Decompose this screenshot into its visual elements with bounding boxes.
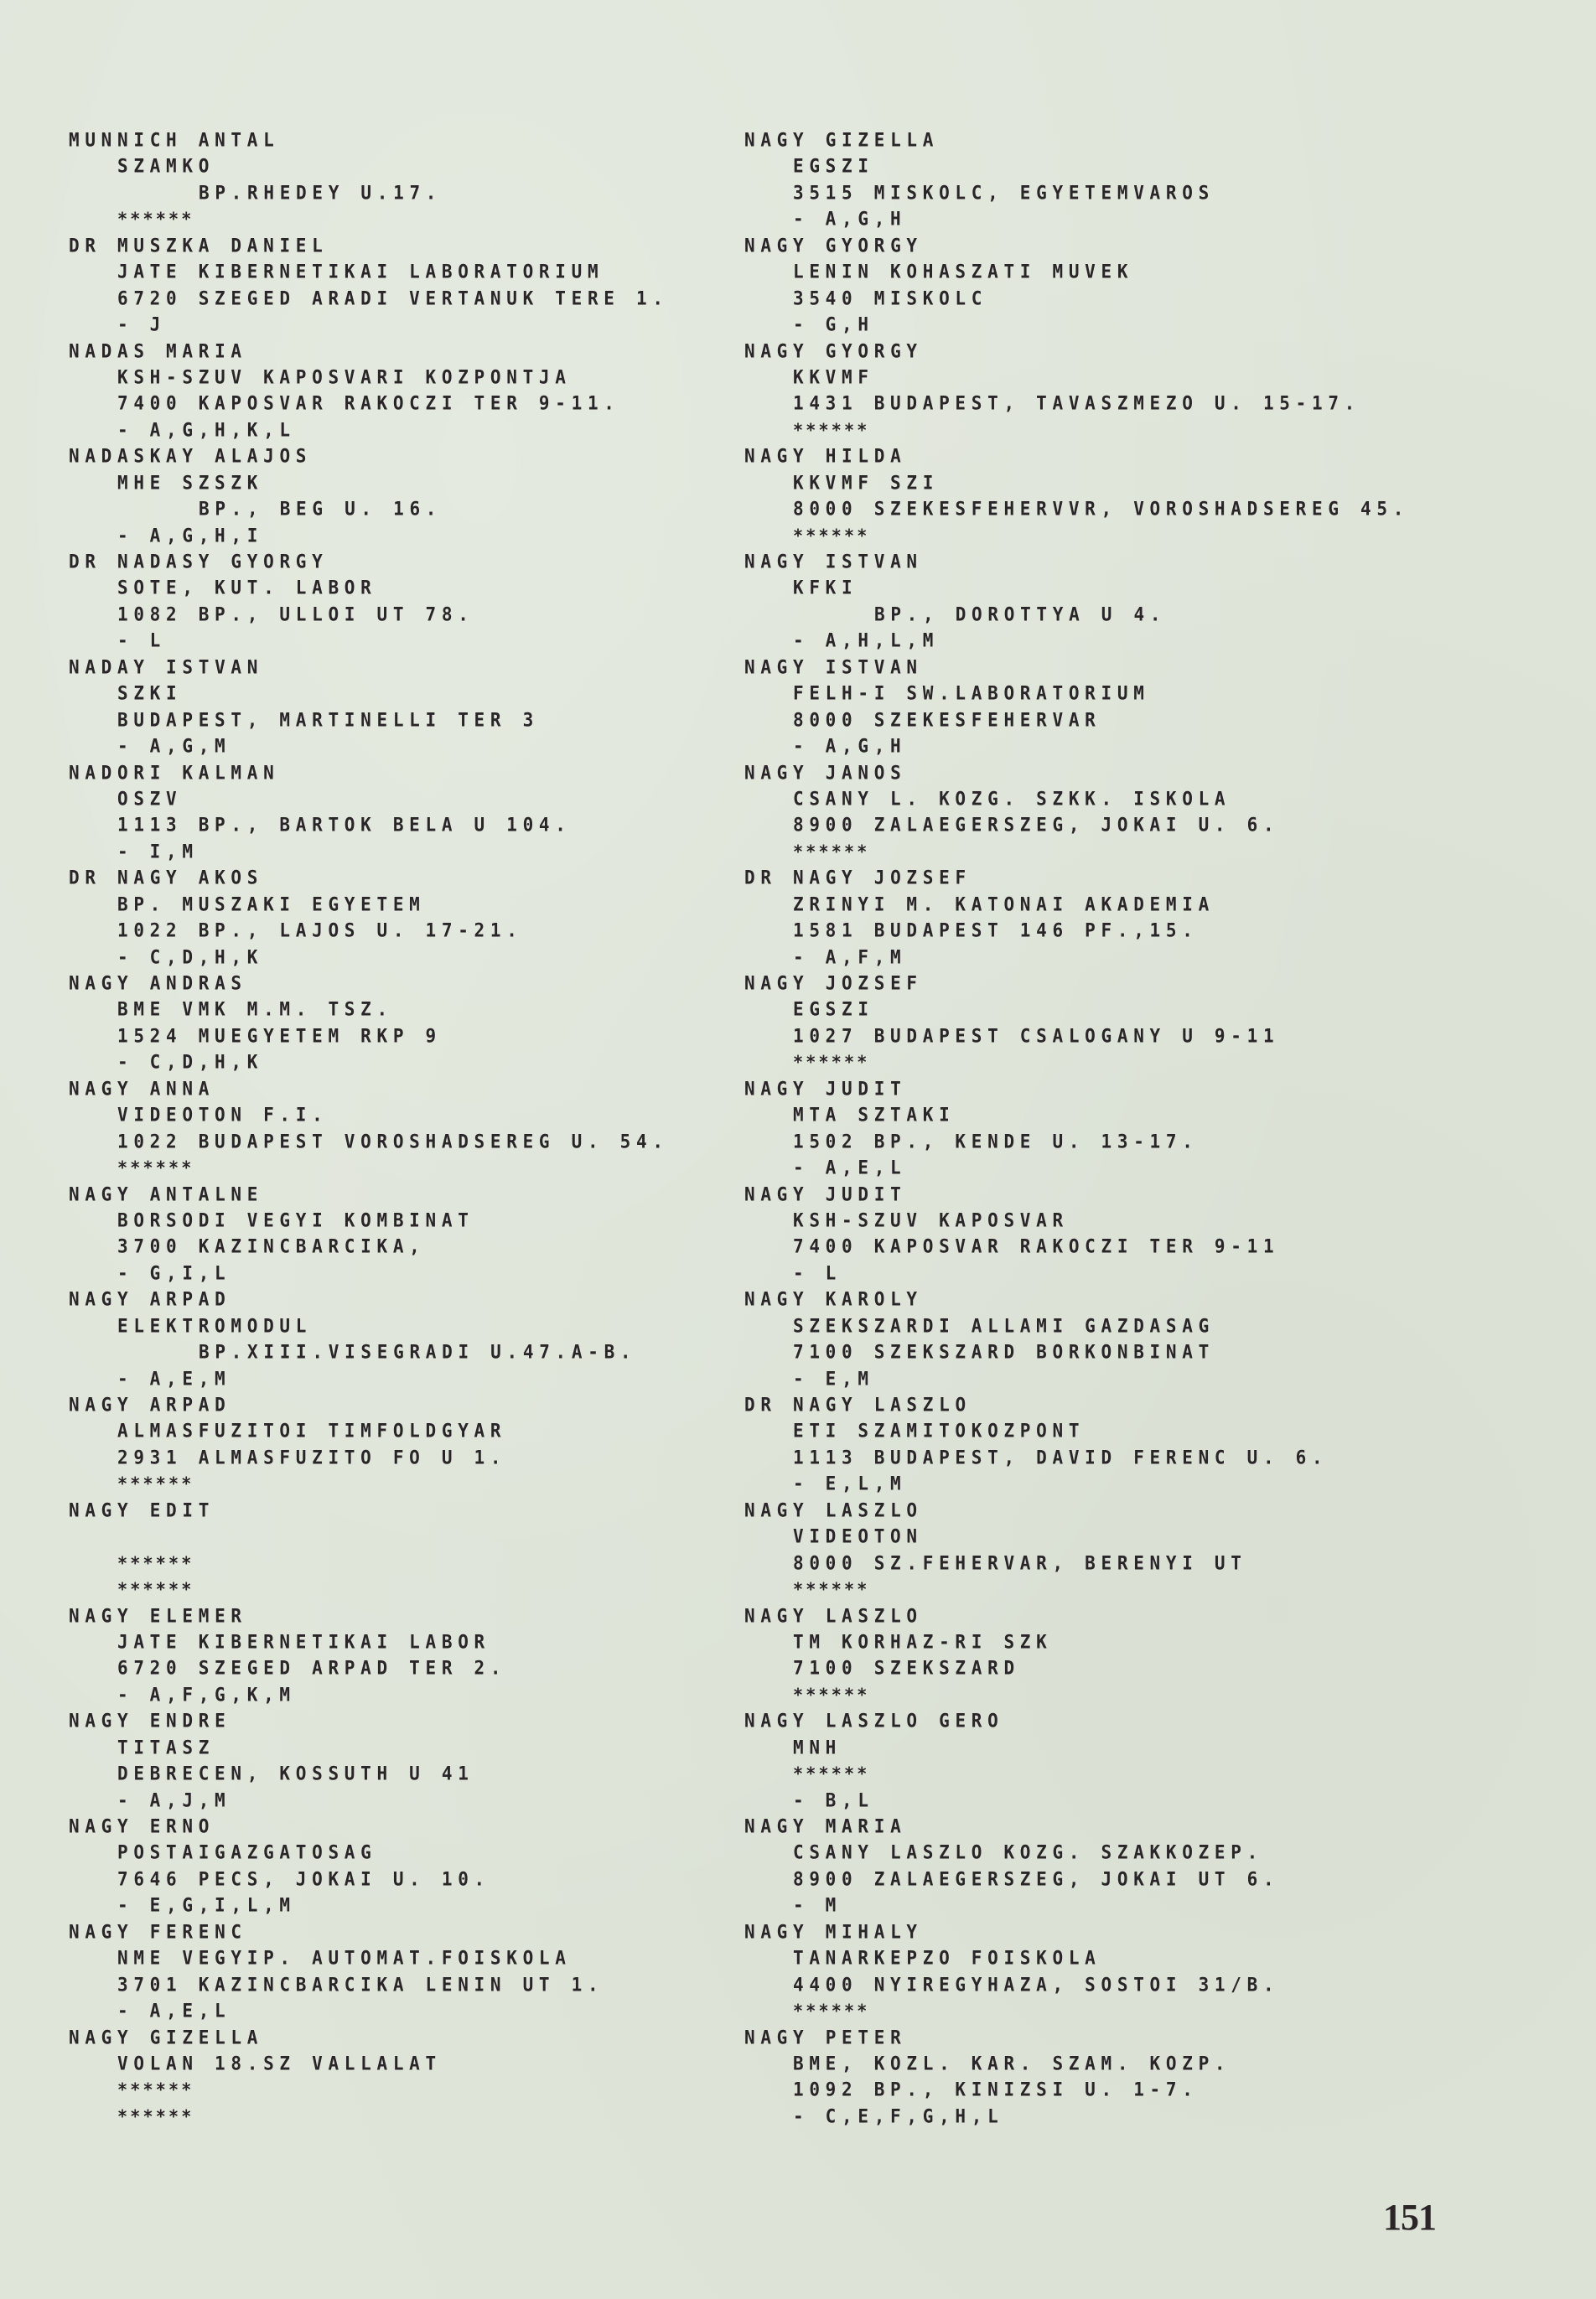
entry-codes: - A,G,H,I — [69, 522, 669, 550]
entry-name: NAGY ANDRAS — [69, 970, 669, 997]
entry-detail: MTA SZTAKI — [744, 1101, 1409, 1129]
entry-name: DR NAGY AKOS — [69, 864, 669, 892]
entry-codes: - G,I,L — [69, 1260, 669, 1287]
entry-codes: - A,G,H — [744, 733, 1409, 760]
entry-detail: 1022 BP., LAJOS U. 17-21. — [69, 917, 669, 945]
entry-codes: - E,L,M — [744, 1471, 1409, 1499]
entry-detail: POSTAIGAZGATOSAG — [69, 1840, 669, 1867]
entry-detail: 3540 MISKOLC — [744, 285, 1409, 313]
entry-detail: KFKI — [744, 575, 1409, 603]
entry-detail: ALMASFUZITOI TIMFOLDGYAR — [69, 1418, 669, 1446]
entry-detail: 1581 BUDAPEST 146 PF.,15. — [744, 917, 1409, 945]
entry-detail: 7100 SZEKSZARD BORKONBINAT — [744, 1338, 1409, 1366]
entry-detail: EGSZI — [744, 153, 1409, 181]
entry-codes: - L — [744, 1260, 1409, 1287]
entry-name: NADASKAY ALAJOS — [69, 443, 669, 470]
entry-detail: 1027 BUDAPEST CSALOGANY U 9-11 — [744, 1023, 1409, 1050]
entry-detail: JATE KIBERNETIKAI LABOR — [69, 1628, 669, 1656]
entry-placeholder: ****** — [744, 1576, 1409, 1603]
entry-placeholder: ****** — [69, 2103, 669, 2131]
entry-detail: 3701 KAZINCBARCIKA LENIN UT 1. — [69, 1971, 669, 1999]
entry-detail: MHE SZSZK — [69, 469, 669, 497]
directory-column-left: MUNNICH ANTALSZAMKOBP.RHEDEY U.17.******… — [69, 127, 669, 2130]
entry-name: NAGY ENDRE — [69, 1707, 669, 1735]
entry-detail: EGSZI — [744, 997, 1409, 1024]
entry-detail: 2931 ALMASFUZITO FO U 1. — [69, 1444, 669, 1472]
entry-detail: BUDAPEST, MARTINELLI TER 3 — [69, 707, 669, 734]
entry-name: DR MUSZKA DANIEL — [69, 232, 669, 260]
entry-detail: 1092 BP., KINIZSI U. 1-7. — [744, 2077, 1409, 2105]
entry-detail: TM KORHAZ-RI SZK — [744, 1628, 1409, 1656]
entry-codes: - G,H — [744, 311, 1409, 339]
entry-name: NADAS MARIA — [69, 338, 669, 365]
entry-detail: 4400 NYIREGYHAZA, SOSTOI 31/B. — [744, 1971, 1409, 1999]
entry-name: NAGY JOZSEF — [744, 970, 1409, 997]
entry-name: NAGY PETER — [744, 2024, 1409, 2052]
entry-detail: OSZV — [69, 785, 669, 813]
entry-detail: ELEKTROMODUL — [69, 1313, 669, 1340]
entry-placeholder: ****** — [69, 206, 669, 234]
entry-name: NAGY GYORGY — [744, 338, 1409, 365]
entry-detail: 1502 BP., KENDE U. 13-17. — [744, 1128, 1409, 1156]
entry-detail: 8900 ZALAEGERSZEG, JOKAI UT 6. — [744, 1866, 1409, 1893]
entry-detail: VOLAN 18.SZ VALLALAT — [69, 2050, 669, 2078]
entry-detail: LENIN KOHASZATI MUVEK — [744, 258, 1409, 286]
entry-name: NAGY MIHALY — [744, 1918, 1409, 1946]
entry-detail: SZEKSZARDI ALLAMI GAZDASAG — [744, 1313, 1409, 1340]
entry-name: NAGY LASZLO — [744, 1497, 1409, 1525]
entry-codes: - A,J,M — [69, 1787, 669, 1815]
entry-detail: 3515 MISKOLC, EGYETEMVAROS — [744, 179, 1409, 207]
entry-detail: BORSODI VEGYI KOMBINAT — [69, 1207, 669, 1235]
entry-name: NAGY LASZLO GERO — [744, 1707, 1409, 1735]
entry-detail: 7400 KAPOSVAR RAKOCZI TER 9-11. — [69, 391, 669, 418]
entry-detail: SZKI — [69, 680, 669, 707]
entry-name: NAGY ANTALNE — [69, 1181, 669, 1209]
entry-codes: - C,D,H,K — [69, 1049, 669, 1077]
entry-codes: - A,F,M — [744, 944, 1409, 971]
entry-detail: SOTE, KUT. LABOR — [69, 575, 669, 603]
entry-name: NAGY JANOS — [744, 759, 1409, 787]
entry-codes: - A,E,L — [69, 1997, 669, 2025]
entry-detail: 8900 ZALAEGERSZEG, JOKAI U. 6. — [744, 812, 1409, 840]
entry-placeholder: ****** — [744, 838, 1409, 866]
entry-name: NAGY MARIA — [744, 1813, 1409, 1841]
entry-name: DR NADASY GYORGY — [69, 548, 669, 576]
entry-placeholder: ****** — [744, 1681, 1409, 1709]
entry-name: NAGY FERENC — [69, 1918, 669, 1946]
entry-detail: NME VEGYIP. AUTOMAT.FOISKOLA — [69, 1944, 669, 1972]
entry-detail: VIDEOTON — [744, 1523, 1409, 1551]
entry-detail: 1431 BUDAPEST, TAVASZMEZO U. 15-17. — [744, 391, 1409, 418]
entry-detail: 6720 SZEGED ARADI VERTANUK TERE 1. — [69, 285, 669, 313]
entry-detail: BP., BEG U. 16. — [69, 495, 669, 523]
entry-codes: - A,G,M — [69, 733, 669, 760]
entry-codes: - M — [744, 1893, 1409, 1920]
entry-detail: BP. MUSZAKI EGYETEM — [69, 891, 669, 919]
entry-name: DR NAGY LASZLO — [744, 1391, 1409, 1419]
entry-detail: 8000 SZEKESFEHERVAR — [744, 707, 1409, 734]
page-number: 151 — [1383, 2196, 1436, 2239]
entry-placeholder: ****** — [69, 1154, 669, 1182]
entry-detail: KKVMF — [744, 364, 1409, 391]
entry-placeholder: ****** — [69, 1550, 669, 1577]
entry-name: NAGY ARPAD — [69, 1286, 669, 1313]
entry-codes: - A,E,L — [744, 1154, 1409, 1182]
entry-detail: MNH — [744, 1734, 1409, 1762]
entry-name: NAGY LASZLO — [744, 1603, 1409, 1630]
entry-detail: TANARKEPZO FOISKOLA — [744, 1944, 1409, 1972]
entry-detail: KSH-SZUV KAPOSVAR — [744, 1207, 1409, 1235]
entry-codes: - A,F,G,K,M — [69, 1681, 669, 1709]
entry-detail: KKVMF SZI — [744, 469, 1409, 497]
entry-name: NAGY ARPAD — [69, 1391, 669, 1419]
entry-detail: ETI SZAMITOKOZPONT — [744, 1418, 1409, 1446]
entry-detail: CSANY L. KOZG. SZKK. ISKOLA — [744, 785, 1409, 813]
entry-blank — [69, 1523, 669, 1551]
entry-name: DR NAGY JOZSEF — [744, 864, 1409, 892]
entry-detail: BP.XIII.VISEGRADI U.47.A-B. — [69, 1338, 669, 1366]
entry-detail: 7646 PECS, JOKAI U. 10. — [69, 1866, 669, 1893]
entry-name: NAGY EDIT — [69, 1497, 669, 1525]
entry-detail: 8000 SZ.FEHERVAR, BERENYI UT — [744, 1550, 1409, 1577]
entry-placeholder: ****** — [69, 2077, 669, 2105]
entry-placeholder: ****** — [69, 1576, 669, 1603]
entry-name: MUNNICH ANTAL — [69, 127, 669, 154]
entry-detail: 7400 KAPOSVAR RAKOCZI TER 9-11 — [744, 1234, 1409, 1261]
entry-detail: FELH-I SW.LABORATORIUM — [744, 680, 1409, 707]
entry-placeholder: ****** — [744, 417, 1409, 444]
entry-detail: KSH-SZUV KAPOSVARI KOZPONTJA — [69, 364, 669, 391]
entry-name: NADAY ISTVAN — [69, 654, 669, 681]
entry-detail: 3700 KAZINCBARCIKA, — [69, 1234, 669, 1261]
entry-detail: SZAMKO — [69, 153, 669, 181]
entry-codes: - E,G,I,L,M — [69, 1893, 669, 1920]
entry-name: NAGY GYORGY — [744, 232, 1409, 260]
entry-name: NAGY JUDIT — [744, 1181, 1409, 1209]
entry-name: NAGY ANNA — [69, 1075, 669, 1103]
entry-detail: CSANY LASZLO KOZG. SZAKKOZEP. — [744, 1840, 1409, 1867]
entry-detail: 1022 BUDAPEST VOROSHADSEREG U. 54. — [69, 1128, 669, 1156]
entry-codes: - C,E,F,G,H,L — [744, 2103, 1409, 2131]
entry-detail: 8000 SZEKESFEHERVVR, VOROSHADSEREG 45. — [744, 495, 1409, 523]
entry-name: NADORI KALMAN — [69, 759, 669, 787]
entry-name: NAGY ELEMER — [69, 1603, 669, 1630]
entry-codes: - A,E,M — [69, 1365, 669, 1393]
entry-name: NAGY HILDA — [744, 443, 1409, 470]
entry-codes: - A,G,H — [744, 206, 1409, 234]
entry-codes: - L — [69, 628, 669, 655]
entry-placeholder: ****** — [744, 1760, 1409, 1788]
entry-name: NAGY GIZELLA — [69, 2024, 669, 2052]
entry-detail: VIDEOTON F.I. — [69, 1101, 669, 1129]
entry-codes: - C,D,H,K — [69, 944, 669, 971]
entry-name: NAGY ISTVAN — [744, 548, 1409, 576]
entry-placeholder: ****** — [744, 1049, 1409, 1077]
entry-codes: - E,M — [744, 1365, 1409, 1393]
entry-name: NAGY ERNO — [69, 1813, 669, 1841]
entry-detail: 1113 BP., BARTOK BELA U 104. — [69, 812, 669, 840]
entry-detail: 7100 SZEKSZARD — [744, 1655, 1409, 1683]
entry-placeholder: ****** — [69, 1471, 669, 1499]
entry-detail: BME VMK M.M. TSZ. — [69, 997, 669, 1024]
entry-detail: JATE KIBERNETIKAI LABORATORIUM — [69, 258, 669, 286]
entry-codes: - B,L — [744, 1787, 1409, 1815]
entry-detail: 1524 MUEGYETEM RKP 9 — [69, 1023, 669, 1050]
directory-column-right: NAGY GIZELLAEGSZI3515 MISKOLC, EGYETEMVA… — [744, 127, 1409, 2130]
entry-name: NAGY KAROLY — [744, 1286, 1409, 1313]
entry-codes: - J — [69, 311, 669, 339]
entry-detail: BME, KOZL. KAR. SZAM. KOZP. — [744, 2050, 1409, 2078]
entry-detail: 6720 SZEGED ARPAD TER 2. — [69, 1655, 669, 1683]
entry-detail: ZRINYI M. KATONAI AKADEMIA — [744, 891, 1409, 919]
entry-placeholder: ****** — [744, 522, 1409, 550]
entry-detail: BP.RHEDEY U.17. — [69, 179, 669, 207]
entry-detail: 1113 BUDAPEST, DAVID FERENC U. 6. — [744, 1444, 1409, 1472]
entry-placeholder: ****** — [744, 1997, 1409, 2025]
entry-detail: 1082 BP., ULLOI UT 78. — [69, 601, 669, 629]
entry-name: NAGY GIZELLA — [744, 127, 1409, 154]
entry-codes: - I,M — [69, 838, 669, 866]
entry-detail: BP., DOROTTYA U 4. — [744, 601, 1409, 629]
entry-name: NAGY ISTVAN — [744, 654, 1409, 681]
entry-name: NAGY JUDIT — [744, 1075, 1409, 1103]
entry-detail: DEBRECEN, KOSSUTH U 41 — [69, 1760, 669, 1788]
entry-codes: - A,G,H,K,L — [69, 417, 669, 444]
entry-codes: - A,H,L,M — [744, 628, 1409, 655]
entry-detail: TITASZ — [69, 1734, 669, 1762]
